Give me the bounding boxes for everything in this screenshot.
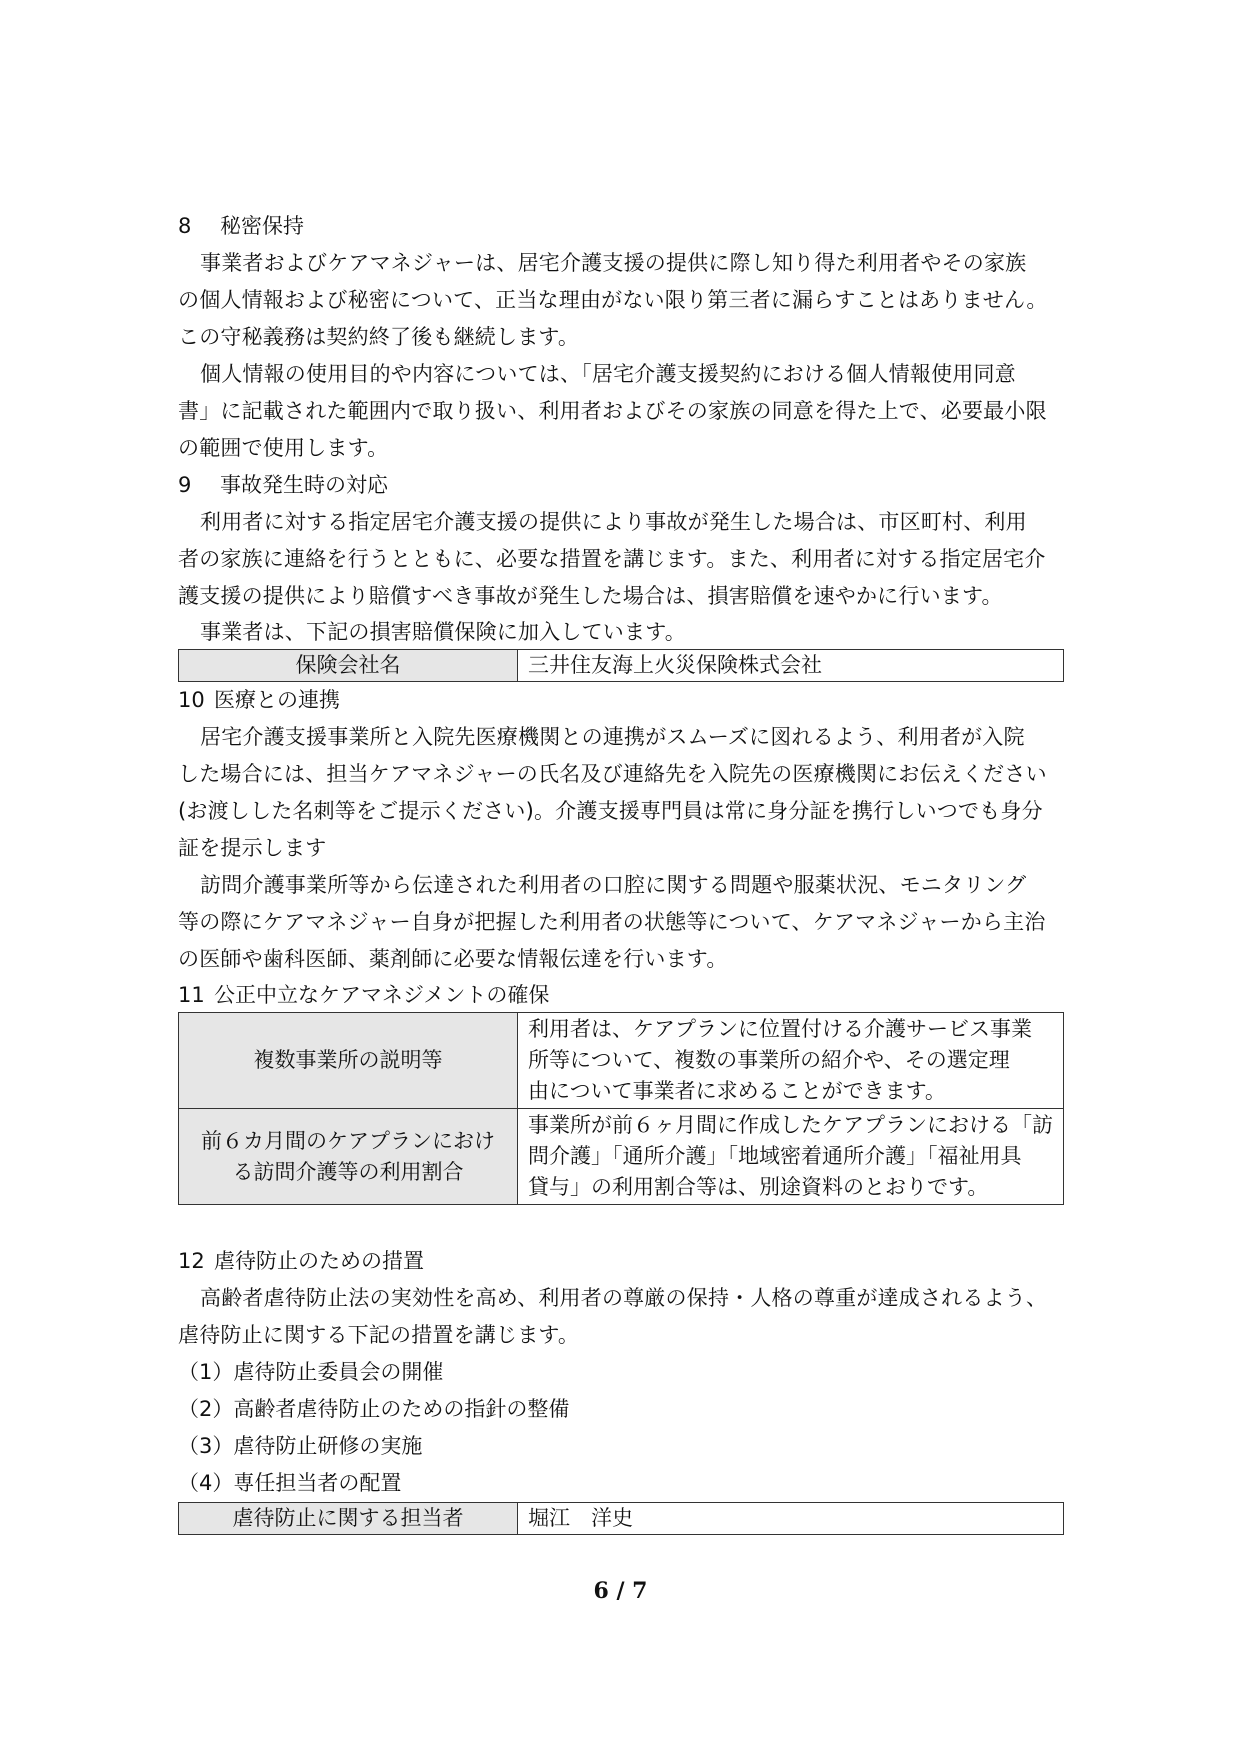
table-value-cell: 利用者は、ケアプランに位置付ける介護サービス事業 所等について、複数の事業所の紹… [518, 1013, 1064, 1109]
paragraph-line: 訪問介護事業所等から伝達された利用者の口腔に関する問題や服薬状況、モニタリング [178, 867, 1064, 904]
section-number: 12 [178, 1243, 214, 1280]
value-line: 貸与」の利用割合等は、別途資料のとおりです。 [528, 1172, 1053, 1203]
value-line: 所等について、複数の事業所の紹介や、その選定理 [528, 1045, 1053, 1076]
paragraph-line: 利用者に対する指定居宅介護支援の提供により事故が発生した場合は、市区町村、利用 [178, 504, 1064, 541]
paragraph-line: した場合には、担当ケアマネジャーの氏名及び連絡先を入院先の医療機関にお伝えくださ… [178, 756, 1064, 793]
section-number: 11 [178, 978, 214, 1012]
table-value-cell: 事業所が前６ヶ月間に作成したケアプランにおける「訪 問介護」「通所介護」「地域密… [518, 1109, 1064, 1205]
paragraph-line: 証を提示します [178, 830, 1064, 867]
value-line: 事業所が前６ヶ月間に作成したケアプランにおける「訪 [528, 1110, 1053, 1141]
list-item: （1）虐待防止委員会の開催 [178, 1354, 1064, 1391]
section-number: 10 [178, 682, 214, 719]
section-title: 事故発生時の対応 [220, 473, 388, 497]
insurance-table: 保険会社名 三井住友海上火災保険株式会社 [178, 649, 1064, 682]
section-title: 虐待防止のための措置 [214, 1249, 424, 1273]
label-text: 複数事業所の説明等 [254, 1048, 443, 1072]
list-item: （4）専任担当者の配置 [178, 1465, 1064, 1502]
section-number: 9 [178, 467, 220, 504]
section-number: 8 [178, 208, 220, 245]
paragraph-line: 虐待防止に関する下記の措置を講じます。 [178, 1317, 1064, 1354]
document-page: 8秘密保持 事業者およびケアマネジャーは、居宅介護支援の提供に際し知り得た利用者… [178, 208, 1064, 1535]
value-line: 問介護」「通所介護」「地域密着通所介護」「福祉用具 [528, 1141, 1053, 1172]
paragraph-line: の個人情報および秘密について、正当な理由がない限り第三者に漏らすことはありません… [178, 282, 1064, 319]
paragraph-line: 高齢者虐待防止法の実効性を高め、利用者の尊厳の保持・人格の尊重が達成されるよう、 [178, 1280, 1064, 1317]
neutrality-table: 複数事業所の説明等 利用者は、ケアプランに位置付ける介護サービス事業 所等につい… [178, 1012, 1064, 1205]
paragraph-line: の範囲で使用します。 [178, 430, 1064, 467]
table-label-cell: 虐待防止に関する担当者 [179, 1503, 518, 1535]
paragraph-line: この守秘義務は契約終了後も継続します。 [178, 319, 1064, 356]
section-10-heading: 10医療との連携 [178, 682, 1064, 719]
table-label-cell: 複数事業所の説明等 [179, 1013, 518, 1109]
label-line: る訪問介護等の利用割合 [189, 1157, 507, 1188]
section-8-heading: 8秘密保持 [178, 208, 1064, 245]
section-11-heading: 11公正中立なケアマネジメントの確保 [178, 978, 1064, 1012]
paragraph-line: 護支援の提供により賠償すべき事故が発生した場合は、損害賠償を速やかに行います。 [178, 578, 1064, 615]
paragraph-line: 個人情報の使用目的や内容については、「居宅介護支援契約における個人情報使用同意 [178, 356, 1064, 393]
table-label-cell: 保険会社名 [179, 650, 518, 682]
value-line: 由について事業者に求めることができます。 [528, 1076, 1053, 1107]
list-item: （2）高齢者虐待防止のための指針の整備 [178, 1391, 1064, 1428]
paragraph-line: 書」に記載された範囲内で取り扱い、利用者およびその家族の同意を得た上で、必要最小… [178, 393, 1064, 430]
section-9-heading: 9事故発生時の対応 [178, 467, 1064, 504]
table-label-cell: 前６カ月間のケアプランにおけ る訪問介護等の利用割合 [179, 1109, 518, 1205]
table-value-cell: 堀江 洋史 [518, 1503, 1064, 1535]
paragraph-line: の医師や歯科医師、薬剤師に必要な情報伝達を行います。 [178, 941, 1064, 978]
abuse-prevention-contact-table: 虐待防止に関する担当者 堀江 洋史 [178, 1502, 1064, 1535]
table-row: 保険会社名 三井住友海上火災保険株式会社 [179, 650, 1064, 682]
table-value-cell: 三井住友海上火災保険株式会社 [518, 650, 1064, 682]
list-item: （3）虐待防止研修の実施 [178, 1428, 1064, 1465]
value-line: 利用者は、ケアプランに位置付ける介護サービス事業 [528, 1014, 1053, 1045]
section-12-heading: 12虐待防止のための措置 [178, 1243, 1064, 1280]
paragraph-line: 等の際にケアマネジャー自身が把握した利用者の状態等について、ケアマネジャーから主… [178, 904, 1064, 941]
paragraph-line: 居宅介護支援事業所と入院先医療機関との連携がスムーズに図れるよう、利用者が入院 [178, 719, 1064, 756]
section-title: 秘密保持 [220, 214, 304, 238]
paragraph-line: 事業者は、下記の損害賠償保険に加入しています。 [178, 615, 1064, 649]
section-title: 医療との連携 [214, 688, 340, 712]
paragraph-line: (お渡しした名刺等をご提示ください)。介護支援専門員は常に身分証を携行しいつでも… [178, 793, 1064, 830]
paragraph-line: 者の家族に連絡を行うとともに、必要な措置を講じます。また、利用者に対する指定居宅… [178, 541, 1064, 578]
page-number: 6 / 7 [0, 1578, 1241, 1604]
table-row: 虐待防止に関する担当者 堀江 洋史 [179, 1503, 1064, 1535]
paragraph-line: 事業者およびケアマネジャーは、居宅介護支援の提供に際し知り得た利用者やその家族 [178, 245, 1064, 282]
table-row: 前６カ月間のケアプランにおけ る訪問介護等の利用割合 事業所が前６ヶ月間に作成し… [179, 1109, 1064, 1205]
section-title: 公正中立なケアマネジメントの確保 [214, 983, 549, 1007]
table-row: 複数事業所の説明等 利用者は、ケアプランに位置付ける介護サービス事業 所等につい… [179, 1013, 1064, 1109]
label-line: 前６カ月間のケアプランにおけ [189, 1126, 507, 1157]
spacer [178, 1205, 1064, 1243]
